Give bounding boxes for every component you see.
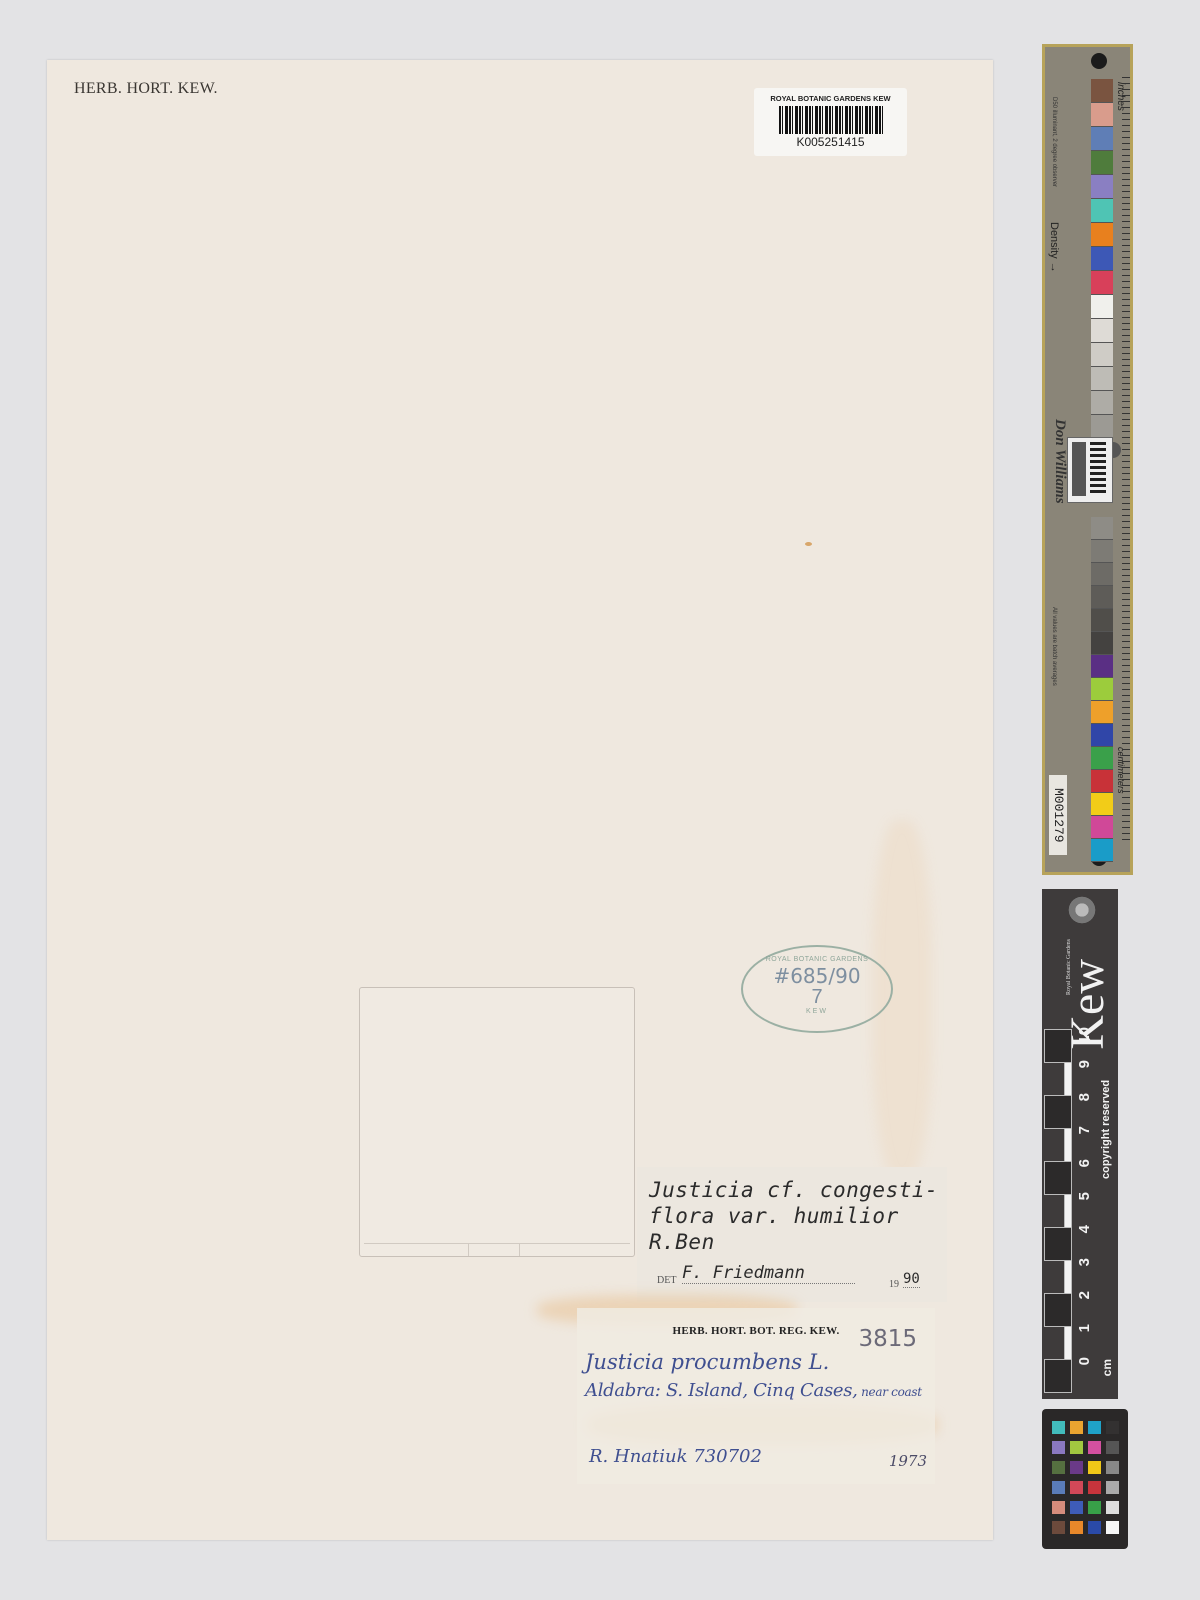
kew-scale-bar: Royal Botanic Gardens Kew 012345678910 c… <box>1042 889 1118 1399</box>
barcode-label: ROYAL BOTANIC GARDENS KEW K005251415 <box>754 88 907 156</box>
color-swatch <box>1091 678 1113 701</box>
scale-number: 9 <box>1076 1060 1093 1068</box>
locality-detail: near coast <box>858 1385 922 1399</box>
scale-segment <box>1064 1326 1072 1360</box>
checker-cell <box>1088 1521 1101 1534</box>
scale-number: 8 <box>1076 1093 1093 1101</box>
checker-cell <box>1106 1521 1119 1534</box>
checker-cell <box>1070 1501 1083 1514</box>
color-swatch <box>1091 770 1113 793</box>
color-swatches-upper <box>1091 79 1113 439</box>
det-year-prefix: 19 <box>889 1279 899 1290</box>
ruler-values-note: All values are batch averages <box>1051 607 1057 686</box>
color-swatch <box>1091 793 1113 816</box>
scale-segment <box>1064 1260 1072 1294</box>
color-swatch <box>1091 632 1113 655</box>
color-swatch <box>1091 127 1113 151</box>
scale-number: 0 <box>1076 1357 1093 1365</box>
color-swatch <box>1091 816 1113 839</box>
color-checker-grid <box>1052 1421 1119 1534</box>
determination-label: Justicia cf. congesti- flora var. humili… <box>637 1167 947 1302</box>
checker-cell <box>1052 1521 1065 1534</box>
grey-target-icon <box>1067 437 1113 503</box>
stamp-number: #685/90 <box>743 964 891 988</box>
determiner-name: F. Friedmann <box>682 1263 855 1284</box>
kew-crest-icon <box>1066 895 1098 925</box>
det-year: 90 <box>903 1271 920 1288</box>
color-swatch <box>1091 367 1113 391</box>
scale-number: 3 <box>1076 1258 1093 1266</box>
color-swatch <box>1091 199 1113 223</box>
checker-cell <box>1052 1481 1065 1494</box>
sheet-header: HERB. HORT. KEW. <box>74 80 218 98</box>
checker-cell <box>1052 1461 1065 1474</box>
checker-cell <box>1088 1441 1101 1454</box>
checker-cell <box>1088 1501 1101 1514</box>
checker-cell <box>1088 1461 1101 1474</box>
scale-number: 10 <box>1076 1027 1093 1044</box>
determination-name-line1: Justicia cf. congesti- <box>649 1177 947 1203</box>
color-swatch <box>1091 747 1113 770</box>
ruler-ticks <box>1122 77 1130 842</box>
ruler-brand: Don Williams <box>1051 419 1068 504</box>
det-prefix: DET <box>657 1275 676 1286</box>
copyright-notice: copyright reserved <box>1100 1029 1112 1229</box>
species-name: Justicia procumbens L. <box>585 1350 829 1374</box>
color-swatch <box>1091 586 1113 609</box>
locality-main: Aldabra: S. Island, Cinq Cases, <box>585 1380 858 1401</box>
scale-number: 1 <box>1076 1324 1093 1332</box>
checker-cell <box>1106 1461 1119 1474</box>
color-swatch <box>1091 319 1113 343</box>
scale-number: 2 <box>1076 1291 1093 1299</box>
color-swatch <box>1091 103 1113 127</box>
color-swatch <box>1091 271 1113 295</box>
scale-number: 5 <box>1076 1192 1093 1200</box>
scale-segment <box>1044 1359 1072 1393</box>
stain-speck <box>805 542 812 546</box>
color-swatches-lower <box>1091 517 1113 862</box>
color-swatch <box>1091 151 1113 175</box>
checker-cell <box>1052 1421 1065 1434</box>
stamp-sub-number: 7 <box>743 988 891 1006</box>
color-swatch <box>1091 343 1113 367</box>
accession-stamp: ROYAL BOTANIC GARDENS #685/90 7 KEW <box>741 945 893 1033</box>
checker-cell <box>1052 1441 1065 1454</box>
packet-flap <box>364 1243 630 1256</box>
scale-segment <box>1044 1293 1072 1327</box>
checker-cell <box>1106 1421 1119 1434</box>
color-swatch <box>1091 701 1113 724</box>
color-calibration-ruler: D50 illuminant, 2 degree observer Densit… <box>1042 44 1133 875</box>
scale-segment <box>1064 1128 1072 1162</box>
herbarium-sheet: HERB. HORT. KEW. ROYAL BOTANIC GARDENS K… <box>47 60 993 1540</box>
checker-cell <box>1106 1501 1119 1514</box>
scale-segment <box>1044 1161 1072 1195</box>
checker-cell <box>1088 1421 1101 1434</box>
scale-number: 7 <box>1076 1126 1093 1134</box>
color-checker <box>1042 1409 1128 1549</box>
scale-segment <box>1064 1062 1072 1096</box>
color-swatch <box>1091 415 1113 439</box>
stamp-location: KEW <box>743 1008 891 1015</box>
color-swatch <box>1091 295 1113 319</box>
ruler-density-label: Density → <box>1048 222 1060 273</box>
scale-number: 6 <box>1076 1159 1093 1167</box>
color-swatch <box>1091 223 1113 247</box>
barcode-icon <box>779 106 883 134</box>
checker-cell <box>1106 1441 1119 1454</box>
scale-segment <box>1044 1095 1072 1129</box>
scale-numbers: 012345678910 <box>1076 1034 1100 1384</box>
barcode-institution: ROYAL BOTANIC GARDENS KEW <box>754 94 907 103</box>
color-swatch <box>1091 839 1113 862</box>
original-collection-label: HERB. HORT. BOT. REG. KEW. 3815 Justicia… <box>577 1308 935 1484</box>
checker-cell <box>1070 1421 1083 1434</box>
scale-segment <box>1064 1194 1072 1228</box>
collection-number: 3815 <box>858 1326 917 1352</box>
scale-unit: cm <box>1100 1359 1114 1376</box>
color-swatch <box>1091 517 1113 540</box>
color-swatch <box>1091 609 1113 632</box>
scale-segment <box>1044 1029 1072 1063</box>
barcode-number: K005251415 <box>754 135 907 149</box>
checker-cell <box>1070 1441 1083 1454</box>
color-swatch <box>1091 655 1113 678</box>
scale-bars <box>1044 1044 1072 1389</box>
ruler-standard-note: D50 illuminant, 2 degree observer <box>1051 97 1057 187</box>
scale-segment <box>1044 1227 1072 1261</box>
scale-number: 4 <box>1076 1225 1093 1233</box>
checker-cell <box>1070 1461 1083 1474</box>
collection-year: 1973 <box>889 1452 927 1470</box>
fragment-packet[interactable] <box>359 987 635 1257</box>
determination-name-line2: flora var. humilior R.Ben <box>649 1203 947 1255</box>
determination-name: Justicia cf. congesti- flora var. humili… <box>649 1177 947 1255</box>
color-swatch <box>1091 563 1113 586</box>
locality: Aldabra: S. Island, Cinq Cases, near coa… <box>585 1380 922 1401</box>
checker-cell <box>1088 1481 1101 1494</box>
checker-cell <box>1070 1481 1083 1494</box>
color-swatch <box>1091 391 1113 415</box>
color-swatch <box>1091 247 1113 271</box>
checker-cell <box>1106 1481 1119 1494</box>
checker-cell <box>1070 1521 1083 1534</box>
color-swatch <box>1091 540 1113 563</box>
collector: R. Hnatiuk 730702 <box>589 1446 762 1467</box>
stamp-institution: ROYAL BOTANIC GARDENS <box>743 956 891 963</box>
color-swatch <box>1091 724 1113 747</box>
checker-cell <box>1052 1501 1065 1514</box>
color-swatch <box>1091 79 1113 103</box>
color-swatch <box>1091 175 1113 199</box>
ruler-id: M001279 <box>1049 775 1067 855</box>
